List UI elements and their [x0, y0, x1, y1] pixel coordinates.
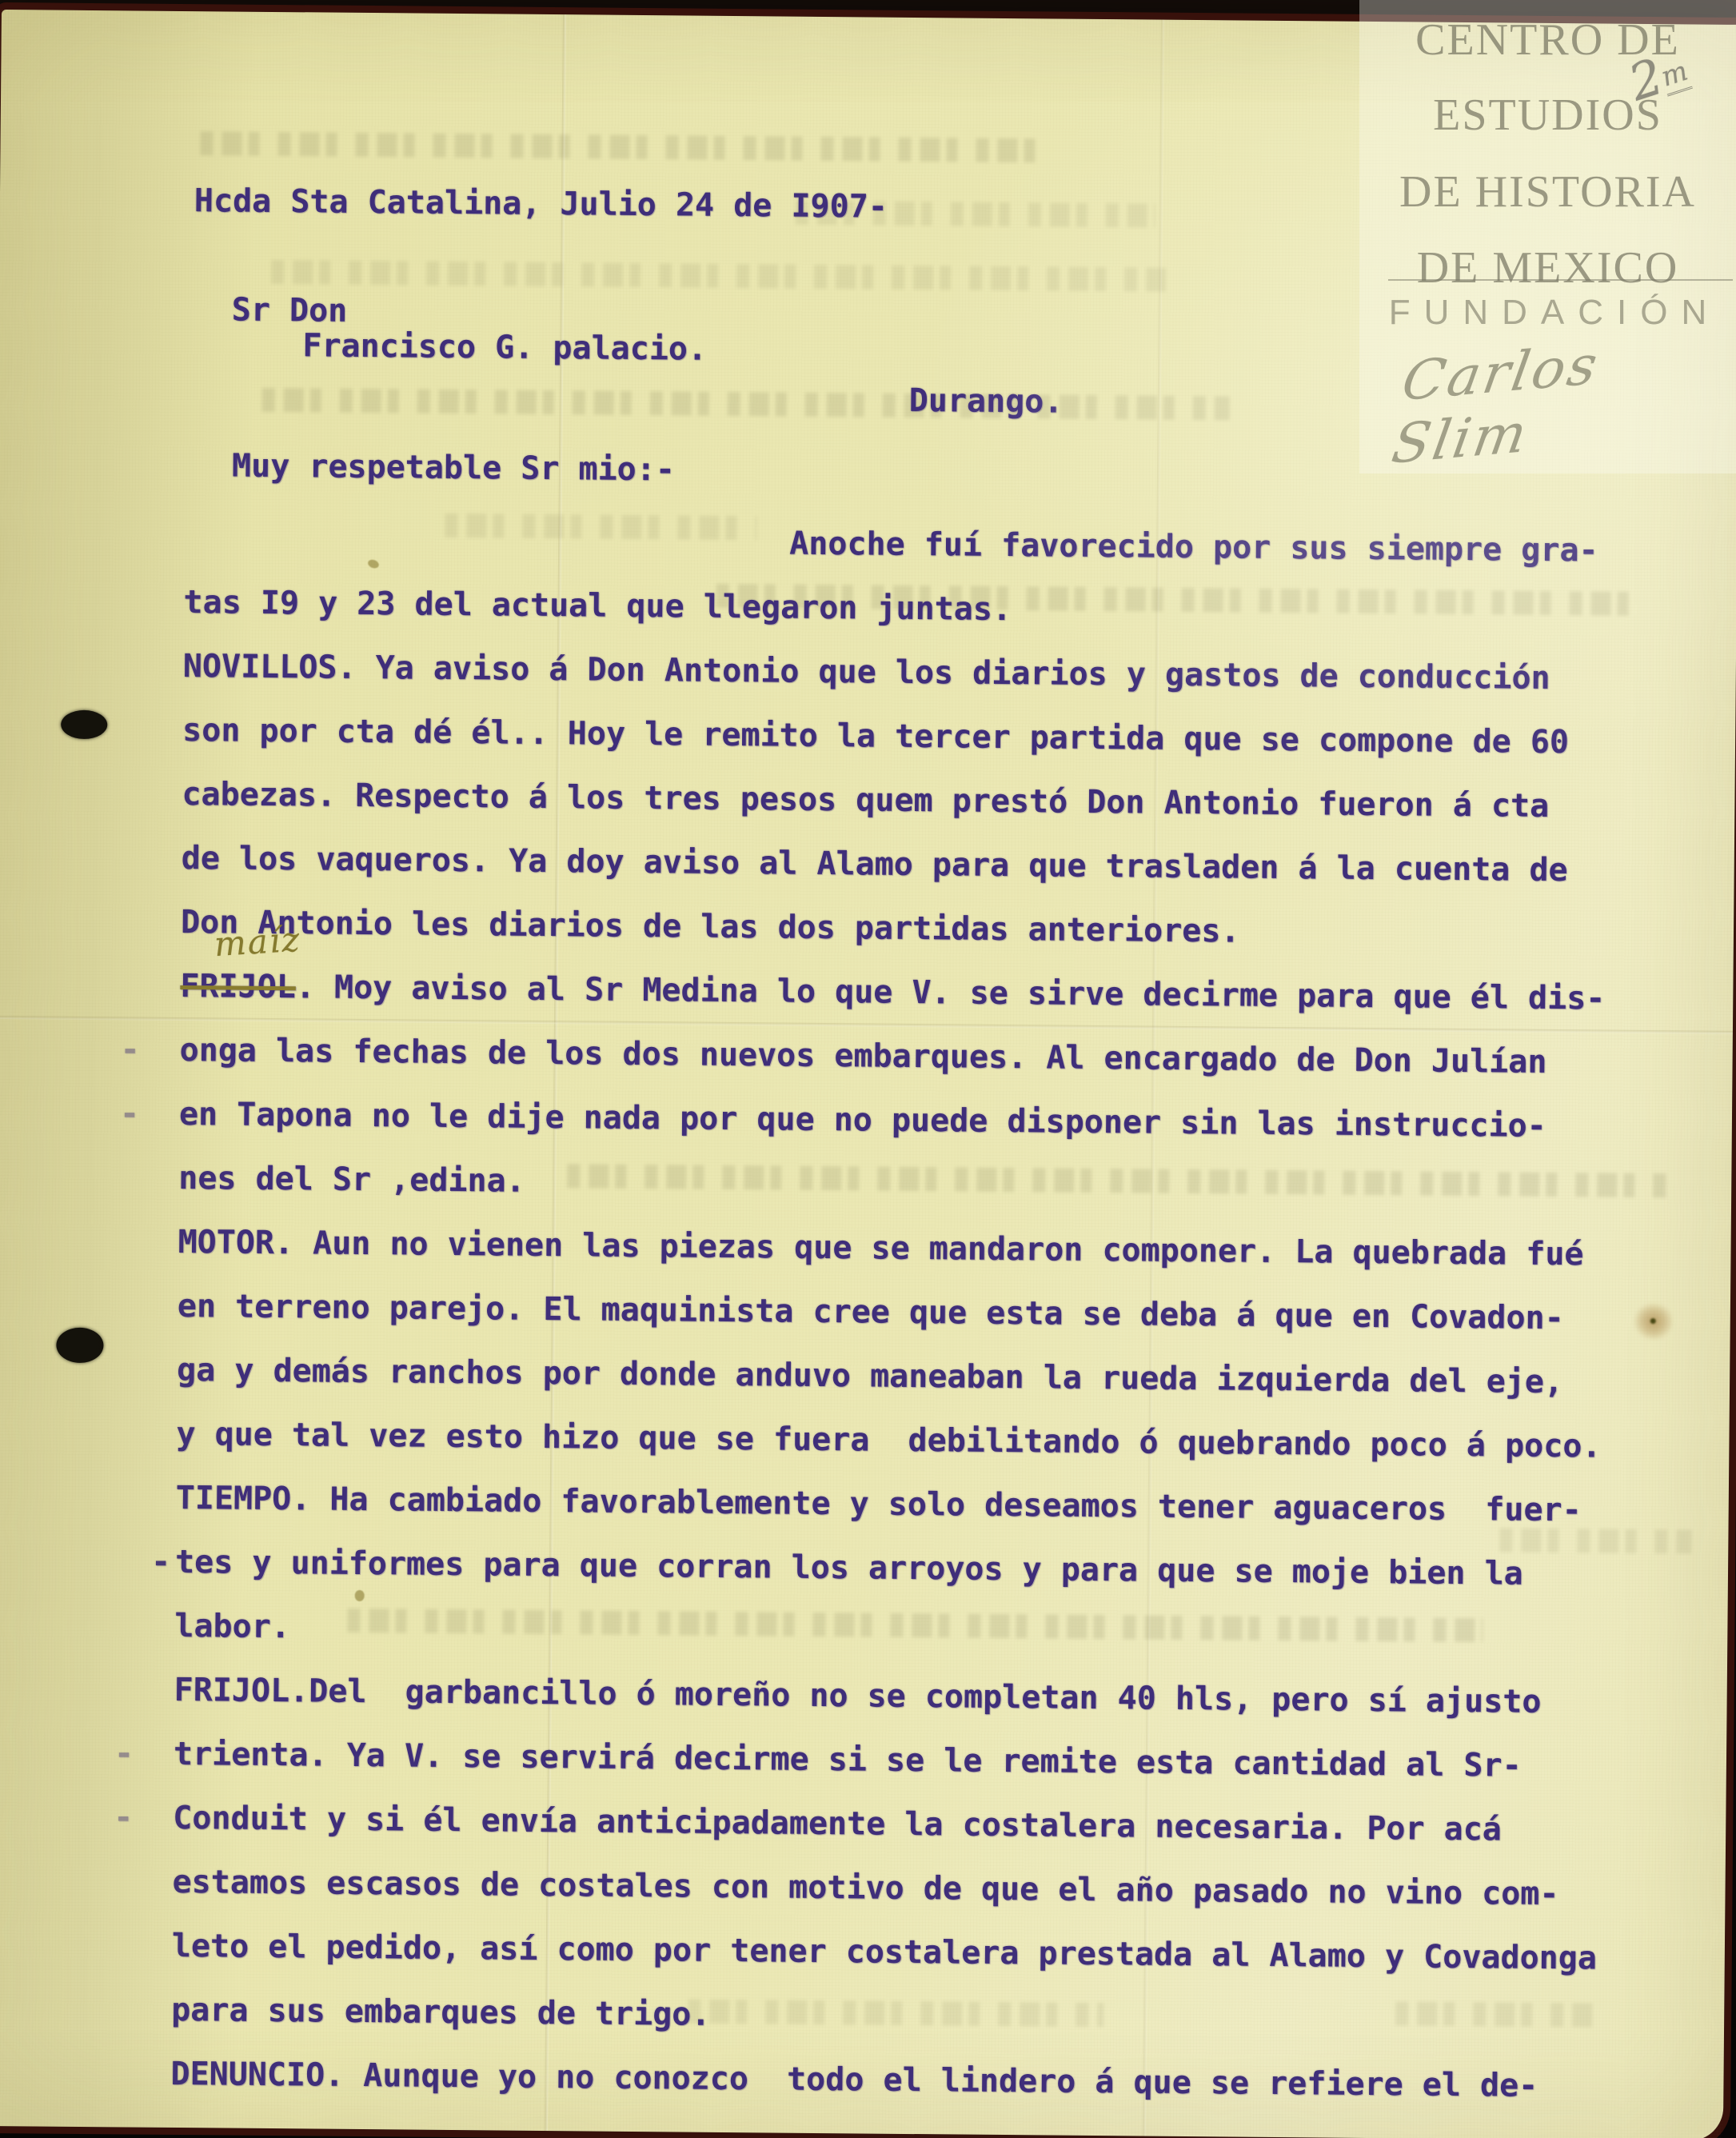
margin-dash: -: [114, 1799, 133, 1836]
body-line: DENUNCIO. Aunque yo no conozco todo el l…: [170, 2056, 1538, 2104]
bleedthrough-text: [200, 131, 1048, 162]
recipient-title: Sr Don: [232, 292, 348, 330]
body-line: leto el pedido, así como por tener costa…: [172, 1928, 1597, 1977]
body-line: -en Tapona no le dije nada por que no pu…: [179, 1096, 1546, 1145]
margin-dash: -: [114, 1735, 134, 1772]
body-line: -Conduit y si él envía anticipadamente l…: [173, 1800, 1502, 1848]
bleedthrough-text: [262, 388, 1230, 421]
margin-dash: -: [120, 1031, 139, 1068]
body-line: para sus embarques de trigo.: [171, 1992, 711, 2033]
recipient-name: Francisco G. palacio.: [302, 327, 707, 367]
body-line: -onga las fechas de los dos nuevos embar…: [179, 1032, 1546, 1081]
dateline: Hcda Sta Catalina, Julio 24 de I907-: [194, 182, 888, 226]
body-line: en terreno parejo. El maquinista cree qu…: [178, 1288, 1564, 1337]
body-line: FRIJOL. Moy aviso al Sr Medina lo que V.…: [180, 968, 1605, 1017]
recipient-city: Durango.: [909, 382, 1064, 421]
body-lines: Anoche fuí favorecido por sus siempre gr…: [170, 520, 1703, 2133]
handwritten-correction: maíz: [213, 920, 301, 965]
body-line: TIEMPO. Ha cambiado favorablemente y sol…: [176, 1480, 1582, 1529]
watermark-line: DE MEXICO: [1359, 242, 1736, 294]
salutation: Muy respetable Sr mio:-: [232, 448, 675, 489]
hole-punch: [56, 1328, 103, 1364]
body-line: -trienta. Ya V. se servirá decirme si se…: [174, 1736, 1522, 1784]
body-line: labor.: [174, 1608, 290, 1645]
margin-dash: -: [120, 1095, 139, 1132]
body-line: Anoche fuí favorecido por sus siempre gr…: [789, 526, 1598, 569]
body-line: -tes y uniformes para que corran los arr…: [175, 1544, 1523, 1593]
body-line: MOTOR. Aun no vienen las piezas que se m…: [178, 1224, 1583, 1273]
body-line: nes del Sr ,edina.: [178, 1160, 525, 1200]
struck-word: FRIJOL: [180, 968, 296, 1005]
body-line: y que tal vez esto hizo que se fuera deb…: [176, 1416, 1601, 1465]
body-line: Don Antonio les diarios de las dos parti…: [181, 904, 1240, 950]
watermark-signature: Carlos Slim: [1387, 321, 1736, 476]
scanned-letter-page: Hcda Sta Catalina, Julio 24 de I907- Sr …: [0, 0, 1736, 2138]
body-line: cabezas. Respecto á los tres pesos quem …: [182, 776, 1549, 825]
body-line: estamos escasos de costales con motivo d…: [172, 1864, 1558, 1912]
body-line: de los vaqueros. Ya doy aviso al Alamo p…: [182, 840, 1568, 889]
body-line: ga y demás ranchos por donde anduvo mane…: [177, 1352, 1563, 1401]
watermark-rule: [1388, 279, 1733, 281]
body-line: NOVILLOS. Ya aviso á Don Antonio que los…: [183, 648, 1550, 697]
margin-dash: -: [151, 1544, 170, 1581]
bleedthrough-text: [271, 260, 1167, 292]
watermark-line: DE HISTORIA: [1359, 166, 1736, 218]
body-line: son por cta dé él.. Hoy le remito la ter…: [182, 712, 1569, 761]
body-line: tas I9 y 23 del actual que llegaron junt…: [183, 584, 1012, 628]
hole-punch: [61, 710, 107, 740]
body-line: FRIJOL.Del garbancillo ó moreño no se co…: [174, 1672, 1541, 1720]
